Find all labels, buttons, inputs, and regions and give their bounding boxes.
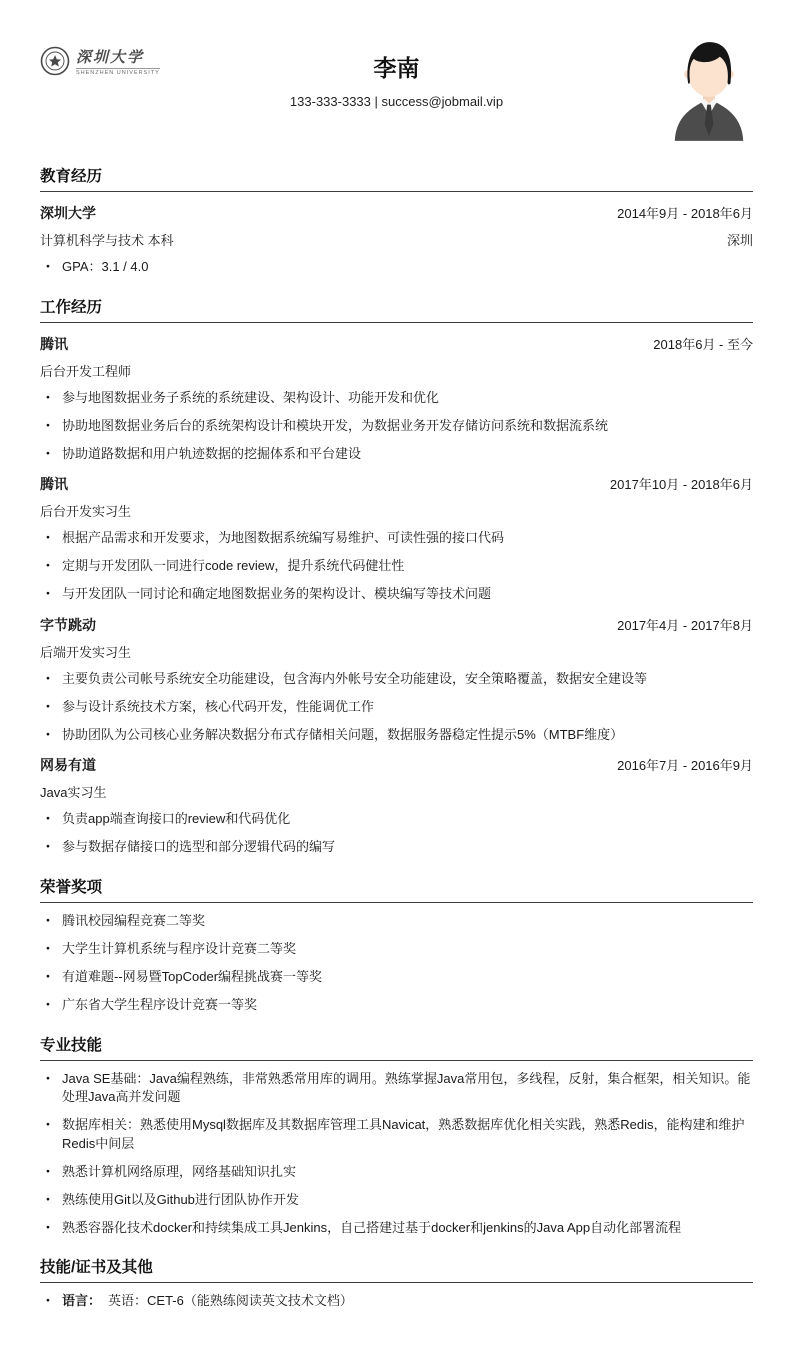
bullet-item: 语言：英语：CET-6（能熟练阅读英文技术文档） — [40, 1292, 753, 1311]
language-label: 语言： — [62, 1293, 101, 1308]
university-seal-icon — [40, 46, 70, 76]
job-role-row: 后台开发实习生 — [40, 501, 753, 520]
section-title-honors: 荣誉奖项 — [40, 875, 753, 903]
job-role-row: Java实习生 — [40, 782, 753, 801]
section-title-education: 教育经历 — [40, 164, 753, 192]
bullet-item: 广东省大学生程序设计竞赛一等奖 — [40, 996, 753, 1015]
school-name: 深圳大学 — [40, 203, 96, 223]
bullet-item: 与开发团队一同讨论和确定地图数据业务的架构设计、模块编写等技术问题 — [40, 585, 753, 604]
bullet-item: 协助道路数据和用户轨迹数据的挖掘体系和平台建设 — [40, 445, 753, 464]
job-bullets: 负责app端查询接口的review和代码优化 参与数据存储接口的选型和部分逻辑代… — [40, 810, 753, 857]
bullet-item: 参与设计系统技术方案，核心代码开发，性能调优工作 — [40, 698, 753, 717]
job-entry-header: 字节跳动 2017年4月 - 2017年8月 — [40, 615, 753, 635]
bullet-item: 熟悉计算机网络原理，网络基础知识扎实 — [40, 1163, 753, 1182]
bullet-item: Java SE基础：Java编程熟练，非常熟悉常用库的调用。熟练掌握Java常用… — [40, 1070, 753, 1108]
university-logo-text: 深圳大学 SHENZHEN UNIVERSITY — [76, 46, 160, 76]
bullet-item: 数据库相关：熟悉使用Mysql数据库及其数据库管理工具Navicat，熟悉数据库… — [40, 1116, 753, 1154]
skills-bullets: Java SE基础：Java编程熟练，非常熟悉常用库的调用。熟练掌握Java常用… — [40, 1070, 753, 1238]
bullet-item: 参与地图数据业务子系统的系统建设、架构设计、功能开发和优化 — [40, 389, 753, 408]
section-title-skills: 专业技能 — [40, 1033, 753, 1061]
job-role: 后台开发工程师 — [40, 361, 131, 380]
job-date: 2017年4月 - 2017年8月 — [617, 615, 753, 634]
education-entry-header: 深圳大学 2014年9月 - 2018年6月 — [40, 203, 753, 223]
company-name: 字节跳动 — [40, 615, 96, 635]
bullet-item: 根据产品需求和开发要求，为地图数据系统编写易维护、可读性强的接口代码 — [40, 529, 753, 548]
bullet-item: 腾讯校园编程竞赛二等奖 — [40, 912, 753, 931]
job-date: 2017年10月 - 2018年6月 — [610, 474, 753, 493]
section-work: 工作经历 腾讯 2018年6月 - 至今 后台开发工程师 参与地图数据业务子系统… — [40, 295, 753, 857]
bullet-item: 主要负责公司帐号系统安全功能建设，包含海内外帐号安全功能建设，安全策略覆盖，数据… — [40, 670, 753, 689]
section-honors: 荣誉奖项 腾讯校园编程竞赛二等奖 大学生计算机系统与程序设计竞赛二等奖 有道难题… — [40, 875, 753, 1014]
section-title-work: 工作经历 — [40, 295, 753, 323]
section-title-other: 技能/证书及其他 — [40, 1255, 753, 1283]
bullet-item: 熟悉容器化技术docker和持续集成工具Jenkins，自己搭建过基于docke… — [40, 1219, 753, 1238]
university-name-en: SHENZHEN UNIVERSITY — [76, 68, 160, 76]
job-role: Java实习生 — [40, 782, 106, 801]
job-date: 2018年6月 - 至今 — [653, 334, 753, 353]
education-bullets: GPA：3.1 / 4.0 — [40, 258, 753, 277]
job-entry-header: 网易有道 2016年7月 - 2016年9月 — [40, 755, 753, 775]
degree: 计算机科学与技术 本科 — [40, 230, 174, 249]
male-avatar-icon — [665, 36, 753, 142]
university-logo: 深圳大学 SHENZHEN UNIVERSITY — [40, 46, 160, 76]
language-value: 英语：CET-6（能熟练阅读英文技术文档） — [108, 1293, 353, 1308]
other-bullets: 语言：英语：CET-6（能熟练阅读英文技术文档） — [40, 1292, 753, 1311]
job-role: 后端开发实习生 — [40, 642, 131, 661]
education-entry-sub: 计算机科学与技术 本科 深圳 — [40, 230, 753, 249]
bullet-item: 参与数据存储接口的选型和部分逻辑代码的编写 — [40, 838, 753, 857]
job-role-row: 后台开发工程师 — [40, 361, 753, 380]
section-skills: 专业技能 Java SE基础：Java编程熟练，非常熟悉常用库的调用。熟练掌握J… — [40, 1033, 753, 1238]
section-other: 技能/证书及其他 语言：英语：CET-6（能熟练阅读英文技术文档） — [40, 1255, 753, 1311]
job-role: 后台开发实习生 — [40, 501, 131, 520]
job-entry-header: 腾讯 2018年6月 - 至今 — [40, 334, 753, 354]
bullet-item: GPA：3.1 / 4.0 — [40, 258, 753, 277]
section-education: 教育经历 深圳大学 2014年9月 - 2018年6月 计算机科学与技术 本科 … — [40, 164, 753, 277]
bullet-item: 大学生计算机系统与程序设计竞赛二等奖 — [40, 940, 753, 959]
bullet-item: 有道难题--网易暨TopCoder编程挑战赛一等奖 — [40, 968, 753, 987]
bullet-item: 负责app端查询接口的review和代码优化 — [40, 810, 753, 829]
education-location: 深圳 — [727, 230, 753, 249]
university-name-zh: 深圳大学 — [76, 46, 160, 67]
job-bullets: 主要负责公司帐号系统安全功能建设，包含海内外帐号安全功能建设，安全策略覆盖，数据… — [40, 670, 753, 745]
company-name: 网易有道 — [40, 755, 96, 775]
honors-bullets: 腾讯校园编程竞赛二等奖 大学生计算机系统与程序设计竞赛二等奖 有道难题--网易暨… — [40, 912, 753, 1014]
company-name: 腾讯 — [40, 334, 68, 354]
resume-header: 深圳大学 SHENZHEN UNIVERSITY 李南 133-333-3333… — [40, 34, 753, 146]
job-bullets: 根据产品需求和开发要求，为地图数据系统编写易维护、可读性强的接口代码 定期与开发… — [40, 529, 753, 604]
resume-page: 深圳大学 SHENZHEN UNIVERSITY 李南 133-333-3333… — [0, 0, 793, 1351]
bullet-item: 协助地图数据业务后台的系统架构设计和模块开发，为数据业务开发存储访问系统和数据流… — [40, 417, 753, 436]
job-date: 2016年7月 - 2016年9月 — [617, 755, 753, 774]
education-date: 2014年9月 - 2018年6月 — [617, 203, 753, 222]
bullet-item: 协助团队为公司核心业务解决数据分布式存储相关问题，数据服务器稳定性提示5%（MT… — [40, 726, 753, 745]
job-entry-header: 腾讯 2017年10月 - 2018年6月 — [40, 474, 753, 494]
job-bullets: 参与地图数据业务子系统的系统建设、架构设计、功能开发和优化 协助地图数据业务后台… — [40, 389, 753, 464]
company-name: 腾讯 — [40, 474, 68, 494]
job-role-row: 后端开发实习生 — [40, 642, 753, 661]
contact-line: 133-333-3333 | success@jobmail.vip — [40, 94, 753, 109]
bullet-item: 定期与开发团队一同进行code review，提升系统代码健壮性 — [40, 557, 753, 576]
bullet-item: 熟练使用Git以及Github进行团队协作开发 — [40, 1191, 753, 1210]
